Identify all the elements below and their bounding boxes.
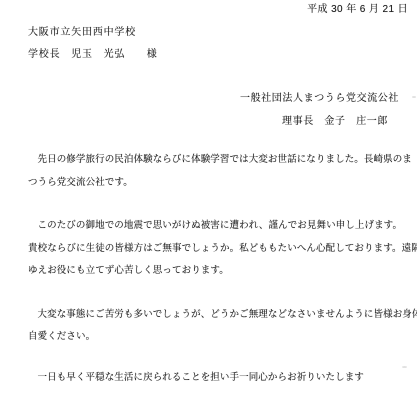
text-line: 大変な事態にご苦労も多いでしょうが、どうかご無理などなさいませんように皆様お身体… bbox=[28, 304, 408, 327]
recipient-block: 大阪市立矢田西中学校 学校長 児玉 光弘 様 bbox=[28, 22, 158, 66]
letter-body: 先日の修学旅行の民泊体験ならびに体験学習では大変お世話になりました。長崎県のま … bbox=[28, 149, 408, 410]
letter-date: 平成 30 年 6 月 21 日 bbox=[307, 3, 408, 17]
recipient-principal-line: 学校長 児玉 光弘 様 bbox=[28, 44, 158, 66]
sender-block: 一般社団法人まつうら党交流公社 理事長 金子 庄一郎 bbox=[240, 87, 399, 133]
paragraph-closing: 一日も早く平穏な生活に戻られることを担い手一同心からお祈りいたします bbox=[28, 367, 408, 390]
paragraph-wellwishes: 大変な事態にご苦労も多いでしょうが、どうかご無理などなさいませんように皆様お身体… bbox=[28, 304, 408, 349]
sender-representative-line: 理事長 金子 庄一郎 bbox=[240, 110, 399, 133]
scan-artifact bbox=[402, 366, 407, 368]
text-line: つうら党交流公社です。 bbox=[28, 172, 408, 195]
text-line: ゆえお役にも立てず心苦しく思っております。 bbox=[28, 260, 408, 283]
text-line: 一日も早く平穏な生活に戻られることを担い手一同心からお祈りいたします bbox=[28, 367, 408, 390]
text-line: このたびの御地での地震で思いがけぬ被害に遭われ、謹んでお見舞い申し上げます。 bbox=[28, 215, 408, 238]
scanned-letter-page: 平成 30 年 6 月 21 日 大阪市立矢田西中学校 学校長 児玉 光弘 様 … bbox=[0, 0, 417, 414]
sender-organization-line: 一般社団法人まつうら党交流公社 bbox=[240, 87, 399, 110]
scan-artifact bbox=[412, 96, 416, 98]
text-line: 貴校ならびに生徒の皆様方はご無事でしょうか。私どももたいへん心配しております。遠… bbox=[28, 238, 408, 261]
text-line: 自愛ください。 bbox=[28, 326, 408, 349]
recipient-school-line: 大阪市立矢田西中学校 bbox=[28, 22, 158, 44]
paragraph-greeting: 先日の修学旅行の民泊体験ならびに体験学習では大変お世話になりました。長崎県のま … bbox=[28, 149, 408, 194]
paragraph-sympathy: このたびの御地での地震で思いがけぬ被害に遭われ、謹んでお見舞い申し上げます。 貴… bbox=[28, 215, 408, 283]
text-line: 先日の修学旅行の民泊体験ならびに体験学習では大変お世話になりました。長崎県のま bbox=[28, 149, 408, 172]
